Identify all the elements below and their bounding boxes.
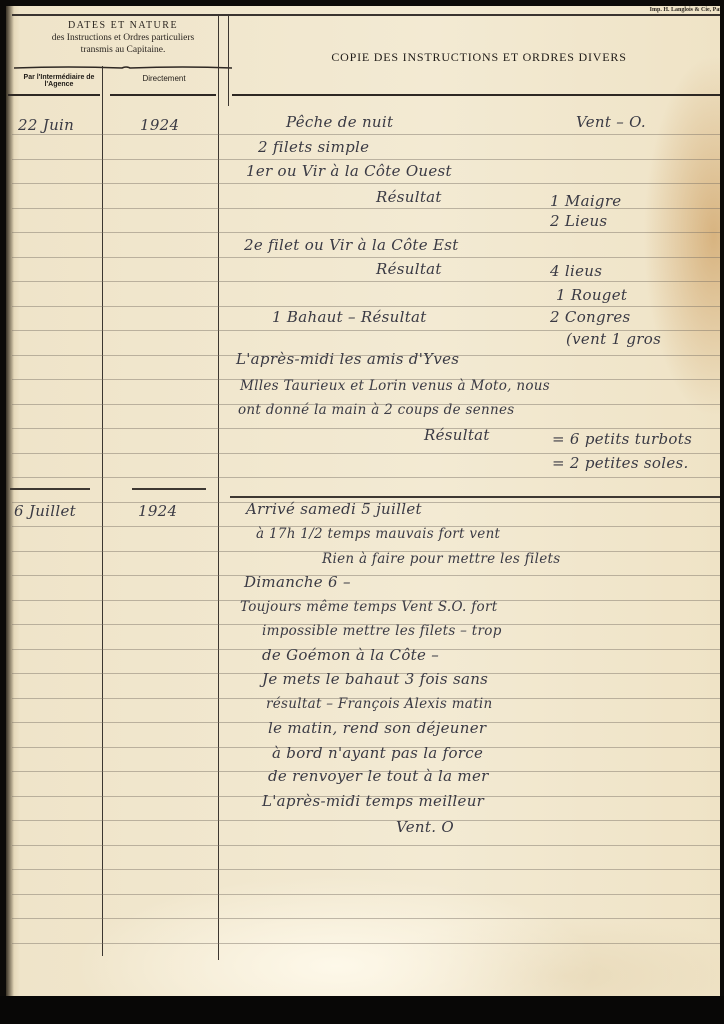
entry-1-year: 1924 <box>140 116 179 134</box>
entry-2-year: 1924 <box>138 502 177 520</box>
handwritten-line: Mlles Taurieux et Lorin venus à Moto, no… <box>240 377 550 395</box>
header-divider <box>228 16 229 106</box>
handwritten-line: Toujours même temps Vent S.O. fort <box>240 598 497 616</box>
header-rule-main <box>232 94 720 96</box>
header-dates-nature: DATES ET NATURE des Instructions et Ordr… <box>12 16 234 71</box>
handwritten-line: de Goémon à la Côte – <box>262 646 439 664</box>
handwritten-line: à bord n'ayant pas la force <box>272 744 483 762</box>
ruled-line <box>12 943 720 944</box>
printer-credit: Imp. H. Langlois & Cie, Paris <box>506 6 720 14</box>
header-copie-instructions: COPIE DES INSTRUCTIONS ET ORDRES DIVERS <box>236 50 720 65</box>
handwritten-line: de renvoyer le tout à la mer <box>268 767 489 785</box>
ruled-line <box>12 869 720 870</box>
binding-shadow <box>6 6 14 996</box>
ruled-line <box>12 134 720 135</box>
entry-separator-col2 <box>132 488 206 490</box>
handwritten-line: 2e filet ou Vir à la Côte Est <box>244 236 459 254</box>
column-header-agence: Par l'Intermédiaire de l'Agence <box>12 74 106 88</box>
handwritten-line: 2 Congres <box>550 308 631 326</box>
column-divider-2 <box>218 16 219 960</box>
handwritten-line: Dimanche 6 – <box>244 573 351 591</box>
handwritten-line: Vent – O. <box>576 113 646 131</box>
ruled-line <box>12 257 720 258</box>
entry-1-date: 22 Juin <box>18 116 74 134</box>
ruled-line <box>12 575 720 576</box>
entry-2-date: 6 Juillet <box>14 502 76 520</box>
scan-border <box>0 996 724 1024</box>
handwritten-line: Rien à faire pour mettre les filets <box>322 550 560 568</box>
handwritten-line: L'après-midi temps meilleur <box>262 792 484 810</box>
ruled-line <box>12 845 720 846</box>
ruled-line <box>12 820 720 821</box>
ruled-line <box>12 428 720 429</box>
entry-separator-main <box>230 496 720 498</box>
handwritten-line: impossible mettre les filets – trop <box>262 622 502 640</box>
ruled-line <box>12 232 720 233</box>
ruled-line <box>12 183 720 184</box>
ornamental-rule <box>14 66 232 70</box>
header-left-line3: transmis au Capitaine. <box>12 44 234 56</box>
handwritten-line: ont donné la main à 2 coups de sennes <box>238 401 515 419</box>
header-rule-col2 <box>110 94 216 96</box>
handwritten-line: Résultat <box>376 260 442 278</box>
handwritten-line: 2 Lieus <box>550 212 607 230</box>
handwritten-line: Je mets le bahaut 3 fois sans <box>262 670 488 688</box>
handwritten-line: 1er ou Vir à la Côte Ouest <box>246 162 452 180</box>
header-left-title: DATES ET NATURE <box>12 20 234 32</box>
handwritten-line: Arrivé samedi 5 juillet <box>246 500 422 518</box>
handwritten-line: 1 Bahaut – Résultat <box>272 308 427 326</box>
ruled-line <box>12 918 720 919</box>
handwritten-line: = 2 petites soles. <box>552 454 689 472</box>
column-header-directement: Directement <box>106 74 222 83</box>
ruled-line <box>12 894 720 895</box>
column-divider-1 <box>102 66 103 956</box>
handwritten-line: à 17h 1/2 temps mauvais fort vent <box>256 525 500 543</box>
header-rule-col1 <box>8 94 100 96</box>
handwritten-line: Résultat <box>424 426 490 444</box>
handwritten-line: Vent. O <box>396 818 454 836</box>
handwritten-line: Résultat <box>376 188 442 206</box>
handwritten-line: = 6 petits turbots <box>552 430 692 448</box>
ruled-line <box>12 306 720 307</box>
handwritten-line: Pêche de nuit <box>286 113 393 131</box>
ledger-page: Imp. H. Langlois & Cie, Paris DATES ET N… <box>6 6 720 996</box>
handwritten-line: L'après-midi les amis d'Yves <box>236 350 459 368</box>
handwritten-line: le matin, rend son déjeuner <box>268 719 486 737</box>
entry-separator-col1 <box>10 488 90 490</box>
ruled-line <box>12 159 720 160</box>
handwritten-line: résultat – François Alexis matin <box>266 695 493 713</box>
handwritten-line: (vent 1 gros <box>566 330 661 348</box>
handwritten-line: 1 Rouget <box>556 286 627 304</box>
handwritten-line: 4 lieus <box>550 262 602 280</box>
ruled-line <box>12 477 720 478</box>
header-left-line2: des Instructions et Ordres particuliers <box>12 32 234 44</box>
handwritten-line: 2 filets simple <box>258 138 369 156</box>
handwritten-line: 1 Maigre <box>550 192 621 210</box>
ruled-line <box>12 281 720 282</box>
